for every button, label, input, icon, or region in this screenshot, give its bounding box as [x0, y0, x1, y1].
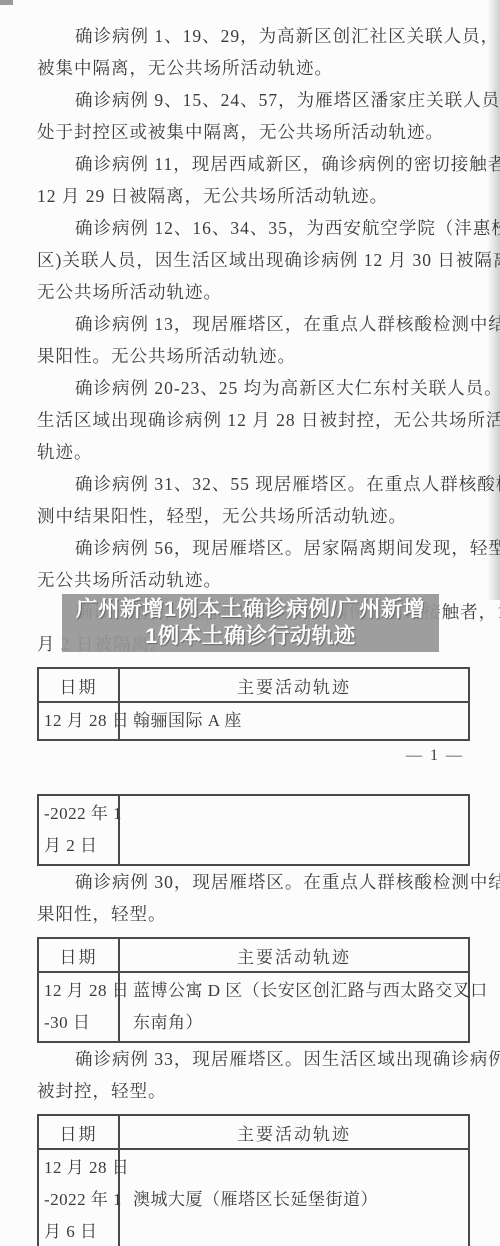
watermark-line: 1例本土确诊行动轨迹 — [145, 623, 355, 650]
paragraph-line: 确诊病例 1、19、29，为高新区创汇社区关联人员，均 — [37, 20, 470, 52]
table-header-date: 日期 — [38, 938, 119, 972]
paragraph-line: 确诊病例 11，现居西咸新区，确诊病例的密切接触者， — [37, 148, 470, 180]
paragraph-line: 无公共场所活动轨迹。 — [37, 276, 470, 308]
date-line: -30 日 — [44, 1007, 116, 1039]
case-paragraph: 确诊病例 30，现居雁塔区。在重点人群核酸检测中结果阳性，轻型。 — [37, 866, 470, 930]
paragraph-line: 测中结果阳性，轻型，无公共场所活动轨迹。 — [37, 500, 470, 532]
document-flow: 确诊病例 1、19、29，为高新区创汇社区关联人员，均被集中隔离，无公共场所活动… — [37, 20, 470, 1246]
paragraph-line: 被集中隔离，无公共场所活动轨迹。 — [37, 52, 470, 84]
activity-cell: 蓝博公寓 D 区（长安区创汇路与西太路交叉口东南角） — [119, 972, 469, 1042]
paragraph-line: 生活区域出现确诊病例 12 月 28 日被封控，无公共场所活动 — [37, 404, 470, 436]
paragraph-line: 无公共场所活动轨迹。 — [37, 564, 470, 596]
activity-line: 翰骊国际 A 座 — [133, 705, 464, 737]
paragraph-line: 确诊病例 20-23、25 均为高新区大仁东村关联人员。因 — [37, 372, 470, 404]
table-row: 12 月 28 日-30 日蓝博公寓 D 区（长安区创汇路与西太路交叉口东南角） — [38, 972, 469, 1042]
date-line: 12 月 28 日 — [44, 975, 116, 1007]
document-page: 确诊病例 1、19、29，为高新区创汇社区关联人员，均被集中隔离，无公共场所活动… — [0, 0, 500, 1246]
case-paragraph: 确诊病例 1、19、29，为高新区创汇社区关联人员，均被集中隔离，无公共场所活动… — [37, 20, 470, 84]
paragraph-line: 确诊病例 9、15、24、57，为雁塔区潘家庄关联人员， — [37, 84, 470, 116]
date-line: 月 2 日 — [44, 830, 116, 862]
table-header-activity: 主要活动轨迹 — [119, 938, 469, 972]
activity-table: 日期主要活动轨迹12 月 28 日-30 日蓝博公寓 D 区（长安区创汇路与西太… — [37, 937, 470, 1043]
date-line: -2022 年 1 — [44, 1184, 116, 1216]
activity-cell: 澳城大厦（雁塔区长延堡街道） — [119, 1149, 469, 1246]
page-number: — 1 — — [37, 741, 470, 787]
case-paragraph: 确诊病例 33，现居雁塔区。因生活区域出现确诊病例被封控，轻型。 — [37, 1043, 470, 1107]
date-cell: 12 月 28 日 — [38, 702, 119, 740]
activity-table: -2022 年 1月 2 日 — [37, 794, 470, 866]
table-row: 12 月 28 日-2022 年 1月 6 日澳城大厦（雁塔区长延堡街道） — [38, 1149, 469, 1246]
activity-line: 蓝博公寓 D 区（长安区创汇路与西太路交叉口 — [133, 975, 464, 1007]
activity-table: 日期主要活动轨迹12 月 28 日-2022 年 1月 6 日澳城大厦（雁塔区长… — [37, 1114, 470, 1246]
paragraph-line: 确诊病例 31、32、55 现居雁塔区。在重点人群核酸检 — [37, 468, 470, 500]
date-cell: 12 月 28 日-2022 年 1月 6 日 — [38, 1149, 119, 1246]
paragraph-line: 轨迹。 — [37, 436, 470, 468]
paragraph-line: 处于封控区或被集中隔离，无公共场所活动轨迹。 — [37, 116, 470, 148]
date-line: 月 6 日 — [44, 1216, 116, 1246]
activity-line: 东南角） — [133, 1007, 464, 1039]
table-row: -2022 年 1月 2 日 — [38, 795, 469, 865]
paragraph-line: 确诊病例 56，现居雁塔区。居家隔离期间发现，轻型， — [37, 532, 470, 564]
activity-line: 澳城大厦（雁塔区长延堡街道） — [133, 1184, 464, 1216]
paragraph-line: 果阳性。无公共场所活动轨迹。 — [37, 340, 470, 372]
paragraph-line: 区)关联人员，因生活区域出现确诊病例 12 月 30 日被隔离， — [37, 244, 470, 276]
case-paragraph: 确诊病例 20-23、25 均为高新区大仁东村关联人员。因生活区域出现确诊病例 … — [37, 372, 470, 468]
table-header-date: 日期 — [38, 1115, 119, 1149]
date-line: 12 月 28 日 — [44, 1152, 116, 1184]
case-paragraph: 确诊病例 12、16、34、35，为西安航空学院（沣惠校区)关联人员，因生活区域… — [37, 212, 470, 308]
date-line: 12 月 28 日 — [44, 705, 116, 737]
activity-cell: 翰骊国际 A 座 — [119, 702, 469, 740]
date-cell: -2022 年 1月 2 日 — [38, 795, 119, 865]
activity-line — [133, 814, 464, 846]
activity-table: 日期主要活动轨迹12 月 28 日翰骊国际 A 座 — [37, 667, 470, 741]
case-paragraph: 确诊病例 56，现居雁塔区。居家隔离期间发现，轻型，无公共场所活动轨迹。 — [37, 532, 470, 596]
date-line: -2022 年 1 — [44, 798, 116, 830]
scan-corner-mark — [0, 0, 13, 5]
paragraph-line: 确诊病例 12、16、34、35，为西安航空学院（沣惠校 — [37, 212, 470, 244]
activity-cell — [119, 795, 469, 865]
paragraph-line: 确诊病例 30，现居雁塔区。在重点人群核酸检测中结 — [37, 866, 470, 898]
watermark-line: 广州新增1例本土确诊病例/广州新增 — [76, 596, 425, 623]
case-paragraph: 确诊病例 31、32、55 现居雁塔区。在重点人群核酸检测中结果阳性，轻型，无公… — [37, 468, 470, 532]
table-header-row: 日期主要活动轨迹 — [38, 1115, 469, 1149]
table-header-row: 日期主要活动轨迹 — [38, 938, 469, 972]
case-paragraph: 确诊病例 2，现居雁塔区，确诊病例的密切接触者，1月 2 日被隔离。广州新增1例… — [37, 596, 470, 660]
date-cell: 12 月 28 日-30 日 — [38, 972, 119, 1042]
case-paragraph: 确诊病例 13，现居雁塔区，在重点人群核酸检测中结果阳性。无公共场所活动轨迹。 — [37, 308, 470, 372]
case-paragraph: 确诊病例 11，现居西咸新区，确诊病例的密切接触者，12 月 29 日被隔离，无… — [37, 148, 470, 212]
table-header-date: 日期 — [38, 668, 119, 702]
table-header-activity: 主要活动轨迹 — [119, 1115, 469, 1149]
paragraph-line: 确诊病例 33，现居雁塔区。因生活区域出现确诊病例 — [37, 1043, 470, 1075]
watermark-banner: 广州新增1例本土确诊病例/广州新增1例本土确诊行动轨迹 — [62, 594, 439, 652]
paragraph-line: 12 月 29 日被隔离，无公共场所活动轨迹。 — [37, 180, 470, 212]
table-header-activity: 主要活动轨迹 — [119, 668, 469, 702]
paragraph-line: 确诊病例 13，现居雁塔区，在重点人群核酸检测中结 — [37, 308, 470, 340]
case-paragraph: 确诊病例 9、15、24、57，为雁塔区潘家庄关联人员，处于封控区或被集中隔离，… — [37, 84, 470, 148]
table-header-row: 日期主要活动轨迹 — [38, 668, 469, 702]
table-row: 12 月 28 日翰骊国际 A 座 — [38, 702, 469, 740]
paragraph-line: 被封控，轻型。 — [37, 1075, 470, 1107]
paragraph-line: 果阳性，轻型。 — [37, 898, 470, 930]
